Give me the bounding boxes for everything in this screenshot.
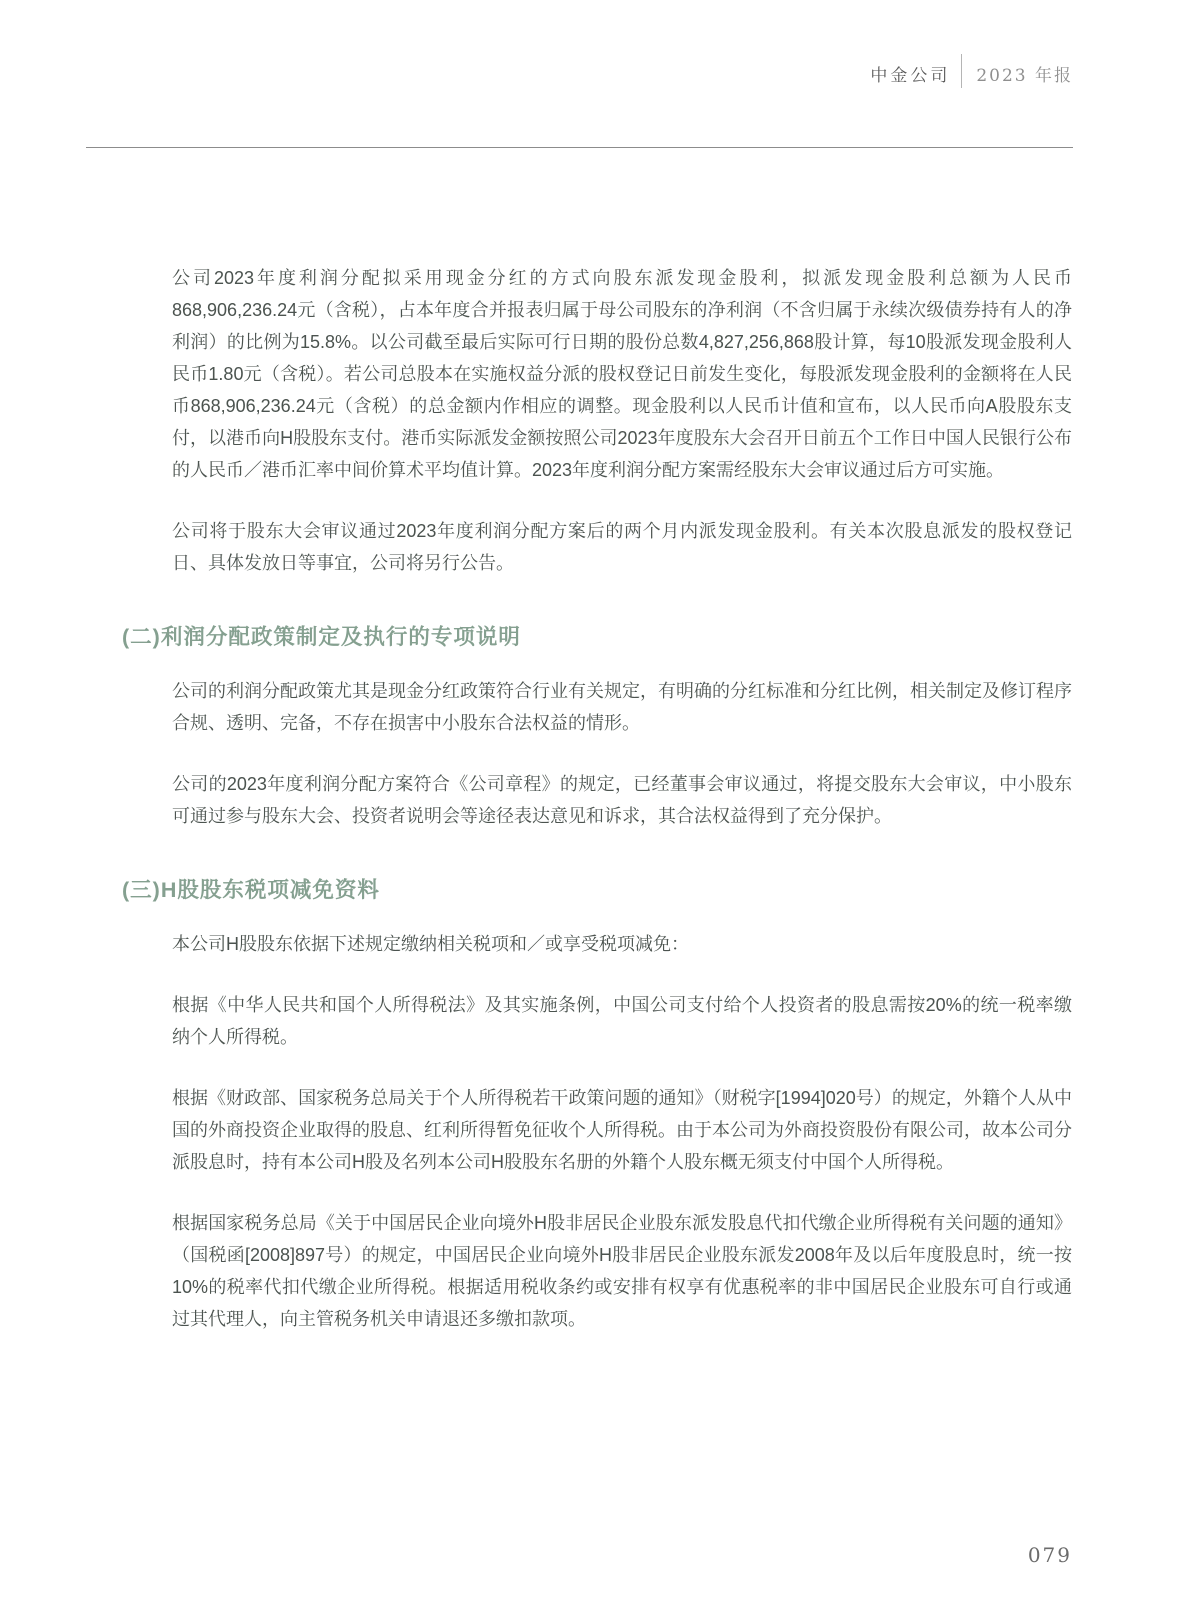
- page-header: 中金公司 2023 年报: [86, 0, 1073, 148]
- document-page: 中金公司 2023 年报 公司2023年度利润分配拟采用现金分红的方式向股东派发…: [0, 0, 1190, 1615]
- paragraph-individual-income-tax: 根据《中华人民共和国个人所得税法》及其实施条例，中国公司支付给个人投资者的股息需…: [172, 989, 1072, 1053]
- company-name: 中金公司: [870, 61, 950, 86]
- page-number: 079: [1028, 1543, 1072, 1567]
- section-heading-hshare-tax-relief: (三)H股股东税项减免资料: [122, 874, 1072, 906]
- header-divider: [961, 54, 962, 88]
- page-footer: 079: [1028, 1543, 1072, 1567]
- paragraph-tax-intro: 本公司H股股东依据下述规定缴纳相关税项和／或享受税项减免：: [172, 928, 1072, 960]
- paragraph-policy-approval: 公司的2023年度利润分配方案符合《公司章程》的规定，已经董事会审议通过，将提交…: [172, 768, 1072, 832]
- document-body: 公司2023年度利润分配拟采用现金分红的方式向股东派发现金股利，拟派发现金股利总…: [172, 262, 1072, 1335]
- paragraph-foreign-individual-exemption: 根据《财政部、国家税务总局关于个人所得税若干政策问题的通知》（财税字[1994]…: [172, 1082, 1072, 1178]
- paragraph-policy-compliance: 公司的利润分配政策尤其是现金分红政策符合行业有关规定，有明确的分红标准和分红比例…: [172, 675, 1072, 739]
- paragraph-enterprise-withholding-tax: 根据国家税务总局《关于中国居民企业向境外H股非居民企业股东派发股息代扣代缴企业所…: [172, 1207, 1072, 1335]
- header-rule: [86, 147, 1073, 148]
- report-title: 2023 年报: [976, 61, 1073, 86]
- header-row: 中金公司 2023 年报: [86, 0, 1073, 147]
- paragraph-payout-timing: 公司将于股东大会审议通过2023年度利润分配方案后的两个月内派发现金股利。有关本…: [172, 515, 1072, 579]
- section-heading-profit-distribution-policy: (二)利润分配政策制定及执行的专项说明: [122, 621, 1072, 653]
- paragraph-dividend-plan: 公司2023年度利润分配拟采用现金分红的方式向股东派发现金股利，拟派发现金股利总…: [172, 262, 1072, 486]
